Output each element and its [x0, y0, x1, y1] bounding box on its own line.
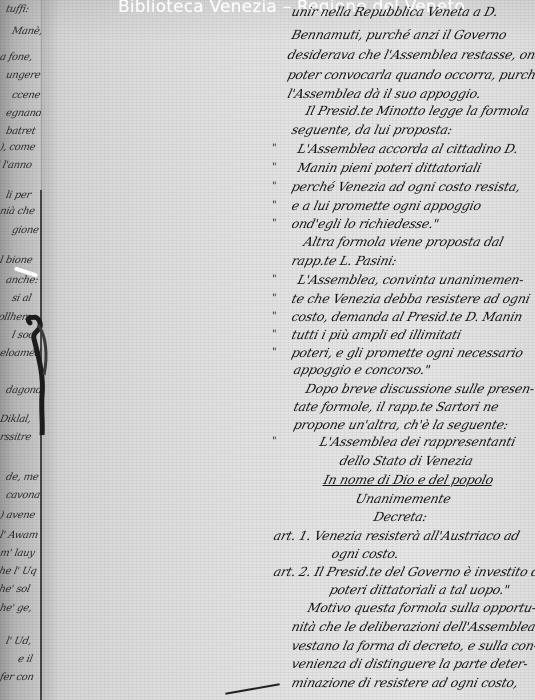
facing-page-line: che' sol — [0, 584, 42, 595]
margin-quote-mark: " — [272, 274, 277, 285]
manuscript-line: art. 2. Il Presid.te del Governo è inves… — [272, 564, 535, 579]
manuscript-line: l'Assemblea dà il suo appoggio. — [286, 86, 483, 101]
facing-page-line: nià che — [0, 206, 42, 217]
manuscript-line: Manin pieni poteri dittatoriali — [296, 160, 483, 175]
manuscript-line: Decreta: — [372, 509, 429, 524]
manuscript-line: Dopo breve discussione sulle presen- — [304, 381, 535, 396]
manuscript-line: perché Venezia ad ogni costo resista, — [290, 179, 522, 194]
facing-page-line: ) avene — [0, 510, 42, 521]
manuscript-line: tutti i più ampli ed illimitati — [290, 327, 463, 342]
manuscript-line: Altra formola viene proposta dal — [302, 234, 505, 249]
facing-page-line: he' ge, — [0, 603, 42, 614]
manuscript-line: Motivo questa formola sulla opportu- — [306, 600, 535, 615]
manuscript-line: e a lui promette ogni appoggio — [290, 198, 483, 213]
facing-page-line: ccene — [11, 90, 42, 101]
facing-page-line: gione — [11, 225, 42, 236]
facing-page-line: l' Awam — [0, 530, 42, 541]
manuscript-line: In nome di Dio e del popolo — [322, 472, 495, 487]
manuscript-page-scan: tuffi:Manè,a fone,ungerecceneegnandbatre… — [0, 0, 535, 700]
facing-page-line: egnand — [5, 108, 42, 119]
manuscript-line: propone un'altra, ch'è la seguente: — [292, 417, 510, 432]
manuscript-line: ond'egli lo richiedesse." — [290, 216, 440, 231]
manuscript-line: Il Presid.te Minotto legge la formola — [304, 103, 531, 118]
margin-quote-mark: " — [272, 143, 277, 154]
facing-page-line: li per — [5, 190, 42, 201]
manuscript-line: poteri dittatoriali a tal uopo." — [328, 582, 511, 597]
manuscript-line: venienza di distinguere la parte deter- — [290, 656, 529, 671]
manuscript-line: Unanimemente — [354, 491, 452, 506]
margin-quote-mark: " — [272, 436, 277, 447]
manuscript-line: appoggio e concorso." — [292, 362, 432, 377]
binding-thread-icon — [24, 315, 50, 435]
page-edge-line — [40, 190, 42, 700]
manuscript-line: te che Venezia debba resistere ad ogni — [290, 291, 531, 306]
facing-page-line: a fone, — [0, 52, 42, 63]
facing-page-line: batret — [5, 126, 42, 137]
manuscript-line: unir nella Repubblica Veneta a D. — [290, 4, 500, 19]
facing-page-line: si al — [11, 293, 42, 304]
manuscript-line: dello Stato di Venezia — [338, 453, 475, 468]
manuscript-line: poter convocarla quando occorra, purché — [286, 67, 535, 82]
manuscript-line: Bennamuti, purché anzi il Governo — [290, 27, 508, 42]
margin-quote-mark: " — [272, 329, 277, 340]
facing-page-line: l' Ud, — [5, 636, 42, 647]
facing-page-line: de, me — [5, 472, 42, 483]
facing-page-line: m' lauy — [0, 548, 42, 559]
manuscript-line: seguente, da lui proposta: — [290, 122, 454, 137]
manuscript-line: desiderava che l'Assemblea restasse, ond… — [286, 47, 535, 62]
margin-quote-mark: " — [272, 293, 277, 304]
facing-page-line: li l'anno — [0, 160, 42, 171]
margin-quote-mark: " — [272, 218, 277, 229]
manuscript-line: tate formole, il rapp.te Sartori ne — [292, 399, 500, 414]
manuscript-line: L'Assemblea, convinta unanimemen- — [296, 272, 525, 287]
manuscript-line: L'Assemblea accorda al cittadino D. — [296, 141, 520, 156]
margin-quote-mark: " — [272, 311, 277, 322]
manuscript-line: L'Assemblea dei rappresentanti — [318, 434, 517, 449]
facing-page-line: l bione — [0, 255, 42, 266]
manuscript-line: rapp.te L. Pasini: — [290, 253, 398, 268]
manuscript-line: vestano la forma di decreto, e sulla con… — [290, 638, 535, 653]
margin-quote-mark: " — [272, 200, 277, 211]
facing-page-line: ungere — [5, 70, 42, 81]
margin-quote-mark: " — [272, 347, 277, 358]
manuscript-line: costo, demanda al Presid.te D. Manin — [290, 309, 524, 324]
facing-page-line: Manè, — [11, 26, 42, 37]
margin-quote-mark: " — [272, 181, 277, 192]
facing-page-line: fer con — [0, 672, 42, 683]
manuscript-line: art. 1. Venezia resisterà all'Austriaco … — [272, 528, 521, 543]
page-edge-line-top — [41, 0, 42, 190]
manuscript-line: ogni costo. — [330, 546, 400, 561]
manuscript-line: poteri, e gli promette ogni necessario — [290, 345, 525, 360]
facing-page-line: cavona — [5, 490, 42, 501]
facing-page-line: che l' Uq — [0, 566, 42, 577]
facing-page-line: tuffi: — [5, 4, 42, 15]
margin-quote-mark: " — [272, 162, 277, 173]
facing-page-line: e il — [17, 654, 42, 665]
manuscript-text-column: unir nella Repubblica Veneta a D.Bennamu… — [268, 0, 535, 700]
facing-page-line: ), come — [0, 142, 42, 153]
manuscript-line: nità che le deliberazioni dell'Assemblea — [290, 619, 535, 634]
manuscript-line: minazione di resistere ad ogni costo, — [290, 675, 520, 690]
